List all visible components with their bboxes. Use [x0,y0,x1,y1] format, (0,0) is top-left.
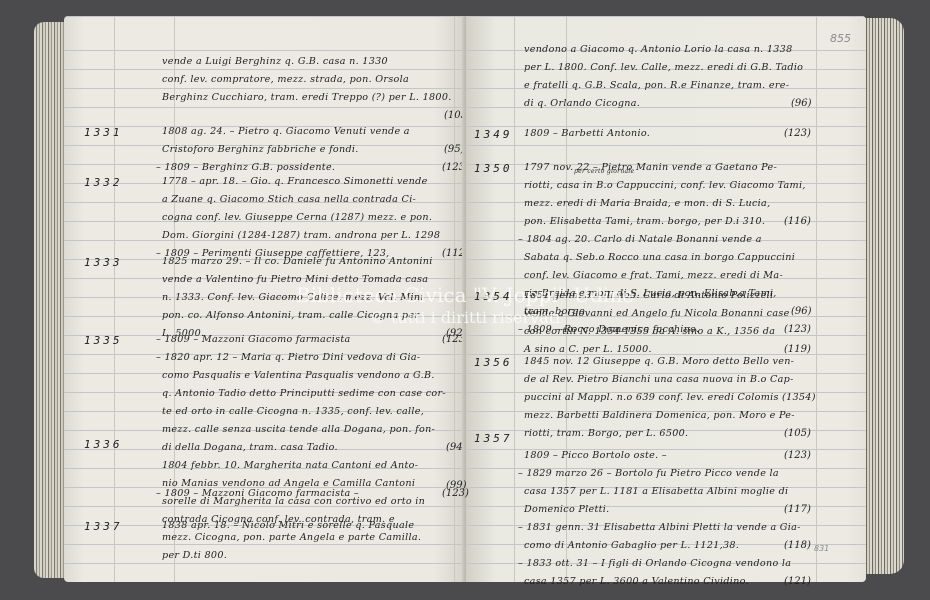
entry-number: 1357 [474,432,513,445]
left-entries-lower: (99) – 1809 – Mazzoni Giacomo farmacista… [64,16,466,582]
entry-line: – 1809 – Mazzoni Giacomo farmacista – [156,484,359,503]
entry-line: Domenico Pletti. [524,500,610,519]
entry-ref: (105) [784,428,811,439]
entry-line: como di Antonio Gabaglio per L. 1121,38. [524,536,739,555]
entry-line: – 1833 ott. 31 – I figli di Orlando Cico… [518,554,791,573]
entry-number: 1337 [84,520,123,533]
entry-line: vende a Giovanni ed Angelo fu Nicola Bon… [524,304,790,323]
entry-line: de al Rev. Pietro Bianchi una casa nuova… [524,370,794,389]
entry-line: mezz. Barbetti Baldinera Domenica, pon. … [524,406,795,425]
entry-ref: (123) [442,488,469,499]
entry-line: con cortili N. 1354-1355 da A. sino a K.… [524,322,775,341]
entry-number: 1356 [474,356,513,369]
entry-ref: (123) [784,450,811,461]
right-entries-lower: 1354 1851 genn. 3. – Il nob. Carlo di An… [466,16,866,582]
entry-line: – 1831 genn. 31 Elisabetta Albini Pletti… [518,518,801,537]
entry-ref: (121) [784,576,811,587]
entry-line: – 1829 marzo 26 – Bortolo fu Pietro Picc… [518,464,779,483]
entry-line: casa 1357 per L. 1181 a Elisabetta Albin… [524,482,788,501]
entry-line: puccini al Mappl. n.o 639 conf. lev. ere… [524,388,816,407]
entry-line: casa 1357 per L. 3600 a Valentino Cividi… [524,572,749,591]
entry-line: 1809 – Picco Bortolo oste. – [524,446,667,465]
entry-ref: (117) [784,504,811,515]
page-edges-right [864,18,904,574]
entry-number: 1354 [474,290,513,303]
entry-line: riotti, tram. Borgo, per L. 6500. [524,424,688,443]
entry-line: 1845 nov. 12 Giuseppe q. G.B. Moro detto… [524,352,794,371]
entry-line: 1838 apr. 18. – Nicolò Mitri e sorelle q… [162,516,414,535]
entry-ref: (118) [784,540,811,551]
entry-line: 1851 genn. 3. – Il nob. Carlo di Antonio… [524,286,773,305]
